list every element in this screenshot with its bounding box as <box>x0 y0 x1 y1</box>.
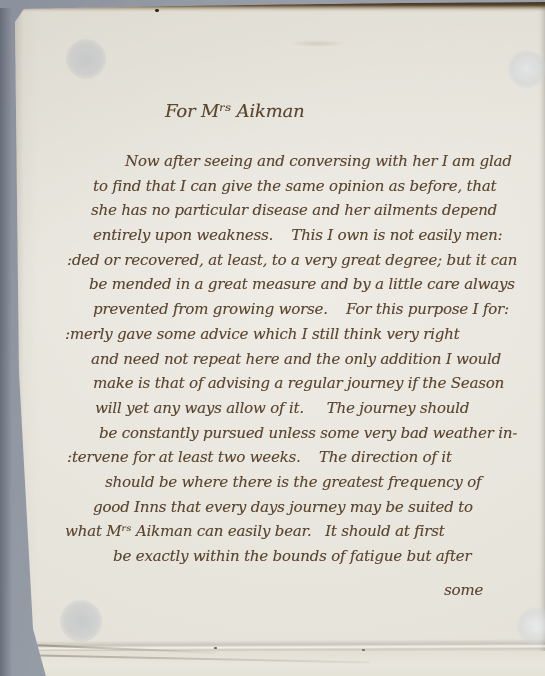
letter-line: prevented from growing worse. For this p… <box>65 297 543 322</box>
letter-line: make is that of advising a regular journ… <box>65 371 543 396</box>
mount-dot-top-left <box>66 39 106 79</box>
letter-line: :ded or recovered, at least, to a very g… <box>65 248 543 273</box>
letter-heading: For Mʳˢ Aikman <box>165 101 304 122</box>
manuscript-scan: For Mʳˢ Aikman Now after seeing and conv… <box>0 0 545 676</box>
ink-speck <box>155 9 159 12</box>
letter-line: :merly gave some advice which I still th… <box>65 322 543 347</box>
manuscript-page: For Mʳˢ Aikman Now after seeing and conv… <box>0 0 545 676</box>
mount-dot-top-right <box>508 50 545 88</box>
letter-line: good Inns that every days journey may be… <box>65 495 543 520</box>
letter-body: For Mʳˢ Aikman Now after seeing and conv… <box>0 0 545 676</box>
ink-speck <box>362 649 365 651</box>
mount-dot-bottom-left <box>60 600 102 642</box>
letter-line: will yet any ways allow of it. The journ… <box>65 396 543 421</box>
binding-spine-shadow <box>0 8 12 676</box>
letter-line: be constantly pursued unless some very b… <box>65 421 543 446</box>
letter-line: what Mʳˢ Aikman can easily bear. It shou… <box>65 519 543 544</box>
letter-line: should be where there is the greatest fr… <box>65 470 543 495</box>
letter-line: :tervene for at least two weeks. The dir… <box>65 445 543 470</box>
ink-speck <box>214 647 217 649</box>
letter-line: and need not repeat here and the only ad… <box>65 347 543 372</box>
letter-lines: Now after seeing and conversing with her… <box>65 149 543 569</box>
letter-line: be mended in a great measure and by a li… <box>65 272 543 297</box>
catchword: some <box>444 581 483 599</box>
letter-line: Now after seeing and conversing with her… <box>65 149 543 174</box>
letter-line: she has no particular disease and her ai… <box>65 198 543 223</box>
letter-line: be exactly within the bounds of fatigue … <box>65 544 543 569</box>
letter-line: to find that I can give the same opinion… <box>65 174 543 199</box>
letter-line: entirely upon weakness. This I own is no… <box>65 223 543 248</box>
